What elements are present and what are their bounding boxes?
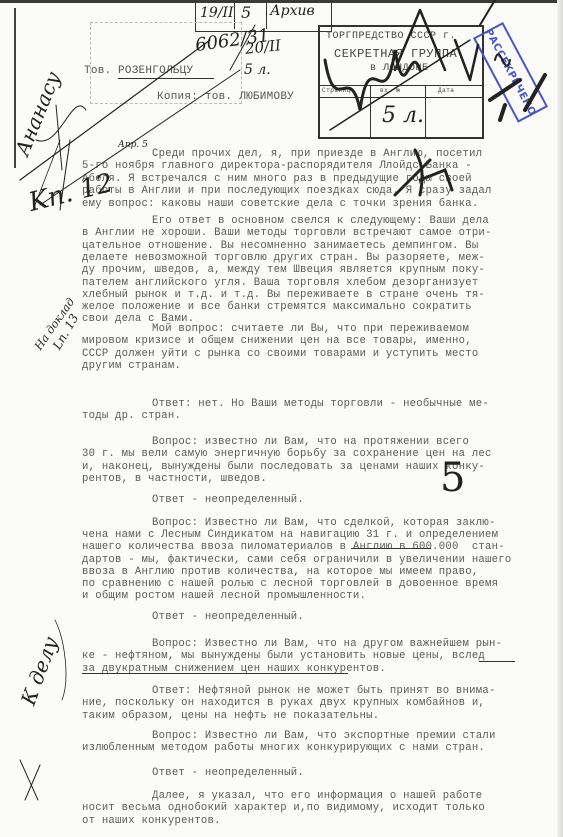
body-line: мировом кризисе и общем снижении цен на … bbox=[82, 335, 472, 347]
body-line: Мой вопрос: считаете ли Вы, что при пере… bbox=[152, 323, 469, 335]
body-line: по сравнению с нашей ролью с лесной торг… bbox=[82, 578, 498, 590]
body-line: тоды др. стран. bbox=[82, 410, 181, 422]
body-line: от наших конкурентов. bbox=[82, 815, 221, 827]
underline-vsled bbox=[479, 661, 515, 662]
body-line: Далее, я указал, что его информация о на… bbox=[152, 790, 482, 802]
body-line: работы в Англии и при последующих поездк… bbox=[82, 185, 492, 197]
body-line: желое положение и все банки стремятся ма… bbox=[82, 301, 472, 313]
body-line: Среди прочих дел, я, при приезде в Англи… bbox=[152, 148, 482, 160]
copy-recipient: Копия: тов. ЛЮБИМОВУ bbox=[157, 91, 294, 103]
body-line: Ответ: Нефтяной рынок не может быть прин… bbox=[152, 685, 496, 697]
body-line: ввоза в Англию против количества, на кот… bbox=[82, 566, 478, 578]
registration-col-pages: Страниц bbox=[322, 87, 351, 94]
handwritten-sheets-note: 5 л. bbox=[244, 62, 271, 78]
underline-competitors bbox=[82, 673, 348, 674]
body-line: Ответ: нет. Но Ваши методы торговли - не… bbox=[152, 398, 489, 410]
handwritten-date: 20/II bbox=[244, 36, 282, 58]
registration-col-date: Дата bbox=[438, 87, 454, 94]
registration-sheets: 5 л. bbox=[382, 103, 424, 128]
body-line: в Англии не хороши. Ваши методы торговли… bbox=[82, 227, 492, 239]
body-line: Вопрос: Известно ли Вам, что сделкой, ко… bbox=[152, 517, 496, 529]
body-line: и, наконец, вынуждены были последовать з… bbox=[82, 461, 485, 473]
body-line: ке - нефтяном, мы вынуждены были установ… bbox=[82, 650, 485, 662]
registration-stamp-line3: в ЛОНДОНЕ bbox=[370, 63, 429, 74]
registration-col-number: вх. № bbox=[380, 87, 401, 94]
body-line: Вопрос: известно ли Вам, что на протяжен… bbox=[152, 436, 469, 448]
underline-600000 bbox=[351, 548, 431, 549]
margin-note-1: Ананасу bbox=[10, 68, 65, 159]
body-line: СССР должен уйти с рынка со своими товар… bbox=[82, 348, 478, 360]
body-line: делаете невозможной торговлю других стра… bbox=[82, 252, 485, 264]
body-line: ду прочим, шведов, а, между тем Швеция я… bbox=[82, 264, 485, 276]
registration-stamp-line2: СЕКРЕТНАЯ ГРУППА bbox=[334, 47, 457, 61]
body-line: Ответ - неопределенный. bbox=[152, 767, 304, 779]
body-line: чена нами с Лесным Синдикатом на навигац… bbox=[82, 529, 498, 541]
body-line: Вопрос: Известно ли Вам, что экспортные … bbox=[152, 730, 496, 742]
page-mark-five: 5 bbox=[440, 455, 465, 501]
body-line: таким образом, цены на нефть не показате… bbox=[82, 710, 379, 722]
body-line: ние, поскольку он находится в руках двух… bbox=[82, 697, 485, 709]
body-line: ему вопрос: каковы наши советские дела с… bbox=[82, 198, 478, 210]
registration-stamp-line1: ТОРГПРЕДСТВО СССР г. bbox=[326, 31, 456, 42]
body-line: пателем английского угля. Ваша торговля … bbox=[82, 277, 478, 289]
body-line: 5-го ноября главного директора-распоряди… bbox=[82, 160, 472, 172]
body-line: и общим ростом нашей лесной промышленнос… bbox=[82, 590, 366, 602]
declassified-stamp: РАССЕКРЕЧЕНО bbox=[473, 22, 548, 123]
document-page: 19/II 5 Архив ТОРГПРЕДСТВО СССР г. СЕКРЕ… bbox=[0, 0, 563, 837]
scan-right-edge bbox=[557, 0, 563, 837]
addressee-name: РОЗЕНГОЛЬЦУ bbox=[118, 65, 193, 77]
body-line: дартов - мы, фактически, сами себя огран… bbox=[82, 554, 511, 566]
body-line: Ответ - неопределенный. bbox=[152, 611, 304, 623]
body-line: носит весьма однобокий характер и,по вид… bbox=[82, 802, 485, 814]
margin-note-2: Kn. 12 bbox=[26, 168, 117, 218]
body-line: цательное отношение. Вы несомненно заним… bbox=[82, 240, 478, 252]
body-line: нашего количества ввоза пиломатериалов в… bbox=[82, 541, 505, 553]
body-line: 30 г. мы вели самую энергичную борьбу за… bbox=[82, 448, 492, 460]
body-line: излюбленным методом работы многих конкур… bbox=[82, 742, 485, 754]
body-line: рентов, в частности, шведов. bbox=[82, 473, 267, 485]
body-line: Вопрос: Известно ли Вам, что на другом в… bbox=[152, 638, 502, 650]
registration-stamp: ТОРГПРЕДСТВО СССР г. СЕКРЕТНАЯ ГРУППА в … bbox=[318, 25, 484, 139]
body-line: Ответ - неопределенный. bbox=[152, 494, 304, 506]
inline-date-note: Апр. 5 bbox=[118, 140, 148, 150]
body-line: Абеля. Я встречался с ним много раз в пр… bbox=[82, 173, 472, 185]
archive-stamp-label: Архив bbox=[270, 3, 315, 19]
body-line: другим странам. bbox=[82, 360, 181, 372]
archive-stamp-date: 19/II bbox=[200, 5, 234, 21]
addressee-prefix: Тов. bbox=[84, 65, 111, 77]
archive-stamp-number: 5 bbox=[241, 3, 251, 22]
margin-note-5: К делу bbox=[16, 634, 63, 709]
body-line: Его ответ в основном свелся к следующему… bbox=[152, 215, 489, 227]
body-line: хлебный рынок и т.д. и т.д. Вы переживае… bbox=[82, 289, 485, 301]
